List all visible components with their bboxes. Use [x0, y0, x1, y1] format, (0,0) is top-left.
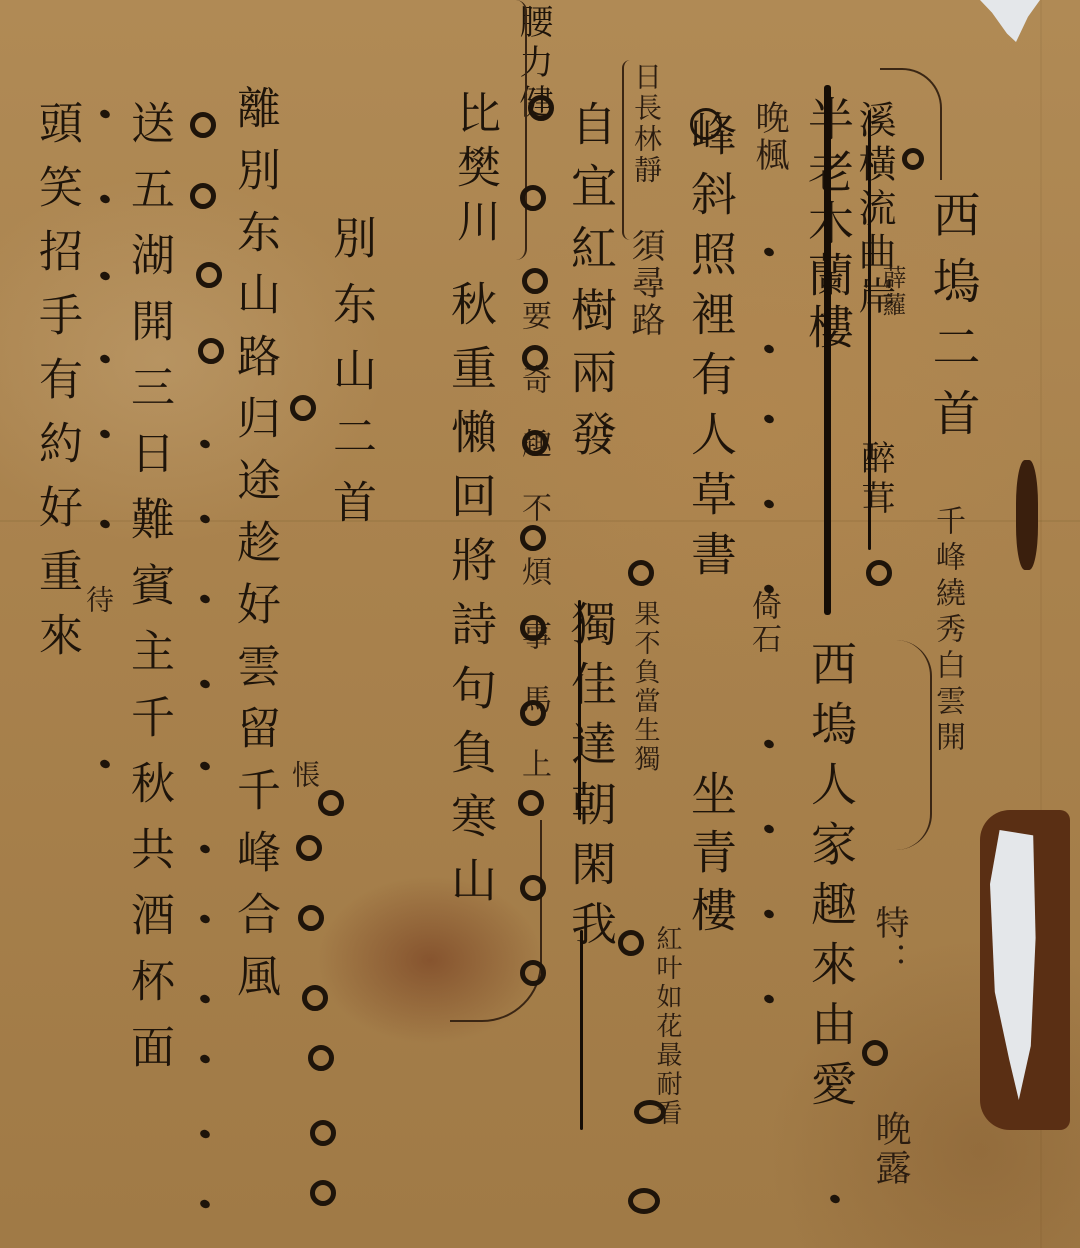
strike-line — [578, 600, 581, 820]
punct-dot — [763, 413, 775, 424]
circle-mark — [628, 1188, 660, 1214]
circle-mark — [520, 525, 546, 551]
punct-dot — [763, 993, 775, 1004]
column-text: 比樊川 — [452, 90, 496, 252]
punct-dot — [763, 498, 775, 509]
circle-mark — [522, 430, 548, 456]
annotation: 須尋路 — [628, 228, 662, 339]
punct-dot — [763, 246, 775, 257]
poem-title-xiwu: 西塢二首 — [928, 190, 976, 454]
circle-mark — [690, 108, 722, 140]
annotation: 薜蘿 — [880, 265, 904, 319]
circle-mark — [296, 835, 322, 861]
strike-line — [824, 85, 831, 615]
burn-mark — [1016, 460, 1038, 570]
circle-mark — [298, 905, 324, 931]
punct-dot — [99, 758, 111, 769]
circle-mark — [310, 1120, 336, 1146]
circle-mark — [520, 960, 546, 986]
column-text: 離別东山路归途趁好雲留千峰合風 — [232, 85, 276, 1015]
column-text: 頭笑招手有約好重來 — [34, 100, 78, 676]
circle-mark — [198, 338, 224, 364]
punct-dot — [199, 438, 211, 449]
circle-mark — [520, 615, 546, 641]
punct-dot — [199, 1053, 211, 1064]
column-text: 西塢人家趣來由愛 — [808, 640, 854, 1120]
punct-dot — [199, 993, 211, 1004]
punct-dot — [99, 108, 111, 119]
punct-dot — [199, 593, 211, 604]
circle-mark — [290, 395, 316, 421]
circle-mark — [190, 112, 216, 138]
punct-dot — [763, 738, 775, 749]
circle-mark — [522, 345, 548, 371]
punct-dot — [763, 908, 775, 919]
circle-mark — [518, 790, 544, 816]
punct-dot — [199, 1128, 211, 1139]
column-text: 獨佳達朝閑我 — [568, 600, 614, 960]
punct-dot — [99, 428, 111, 439]
punct-dot — [199, 678, 211, 689]
column-text: 坐青樓 — [688, 770, 734, 944]
circle-mark — [308, 1045, 334, 1071]
column-text: 醉茸 — [858, 440, 892, 520]
punct-dot — [199, 513, 211, 524]
torn-hole-top — [980, 0, 1040, 42]
annotation: 紅叶如花最耐看 — [654, 925, 680, 1128]
annotation: 特： — [872, 905, 906, 979]
punct-dot — [99, 270, 111, 281]
circle-mark — [318, 790, 344, 816]
poem-title-biedongshan: 別东山二首 — [328, 215, 372, 545]
circle-mark — [190, 183, 216, 209]
punct-dot — [763, 823, 775, 834]
circle-mark — [520, 875, 546, 901]
circle-mark — [902, 148, 924, 170]
bracket-line — [505, 0, 527, 260]
bracket-line — [450, 820, 542, 1022]
punct-dot — [199, 843, 211, 854]
column-text: 自宜紅樹兩發 — [568, 100, 614, 472]
circle-mark — [528, 95, 554, 121]
annotation: 待 — [84, 585, 112, 616]
punct-dot — [199, 1198, 211, 1209]
annotation: 果不負當生獨 — [632, 600, 658, 774]
circle-mark — [520, 700, 546, 726]
annotation: 悵 — [290, 760, 318, 791]
punct-dot — [763, 343, 775, 354]
annotation: 倚石 — [748, 590, 778, 656]
punct-dot — [99, 193, 111, 204]
circle-mark — [628, 560, 654, 586]
annotation: 晚露 — [872, 1110, 908, 1188]
circle-mark — [866, 560, 892, 586]
marginal-note: 千峰繞秀白雲開 — [932, 505, 962, 757]
circle-mark — [522, 268, 548, 294]
circle-mark — [310, 1180, 336, 1206]
annotation: 晚楓 — [752, 100, 786, 174]
circle-mark — [634, 1100, 666, 1124]
circle-mark — [302, 985, 328, 1011]
circle-mark — [520, 185, 546, 211]
strike-line — [580, 930, 583, 1130]
punct-dot — [199, 913, 211, 924]
circle-mark — [196, 262, 222, 288]
circle-mark — [618, 930, 644, 956]
punct-dot — [829, 1193, 841, 1204]
column-text: 峰斜照裡有人草書 — [688, 110, 734, 590]
annotation: 要奇趣不煩事馬上 — [518, 300, 548, 812]
bracket-line — [860, 640, 932, 850]
column-text: 送五湖開三日難賓主千秋共酒杯面 — [126, 100, 170, 1090]
punct-dot — [99, 353, 111, 364]
circle-mark — [862, 1040, 888, 1066]
strike-line — [868, 110, 871, 550]
manuscript-page: 西塢二首 溪橫流曲岸 薜蘿 醉茸 半老木蘭樓 千峰繞秀白雲開 西塢人家趣來由愛 … — [0, 0, 1080, 1248]
bracket-line — [622, 60, 638, 240]
punct-dot — [199, 760, 211, 771]
